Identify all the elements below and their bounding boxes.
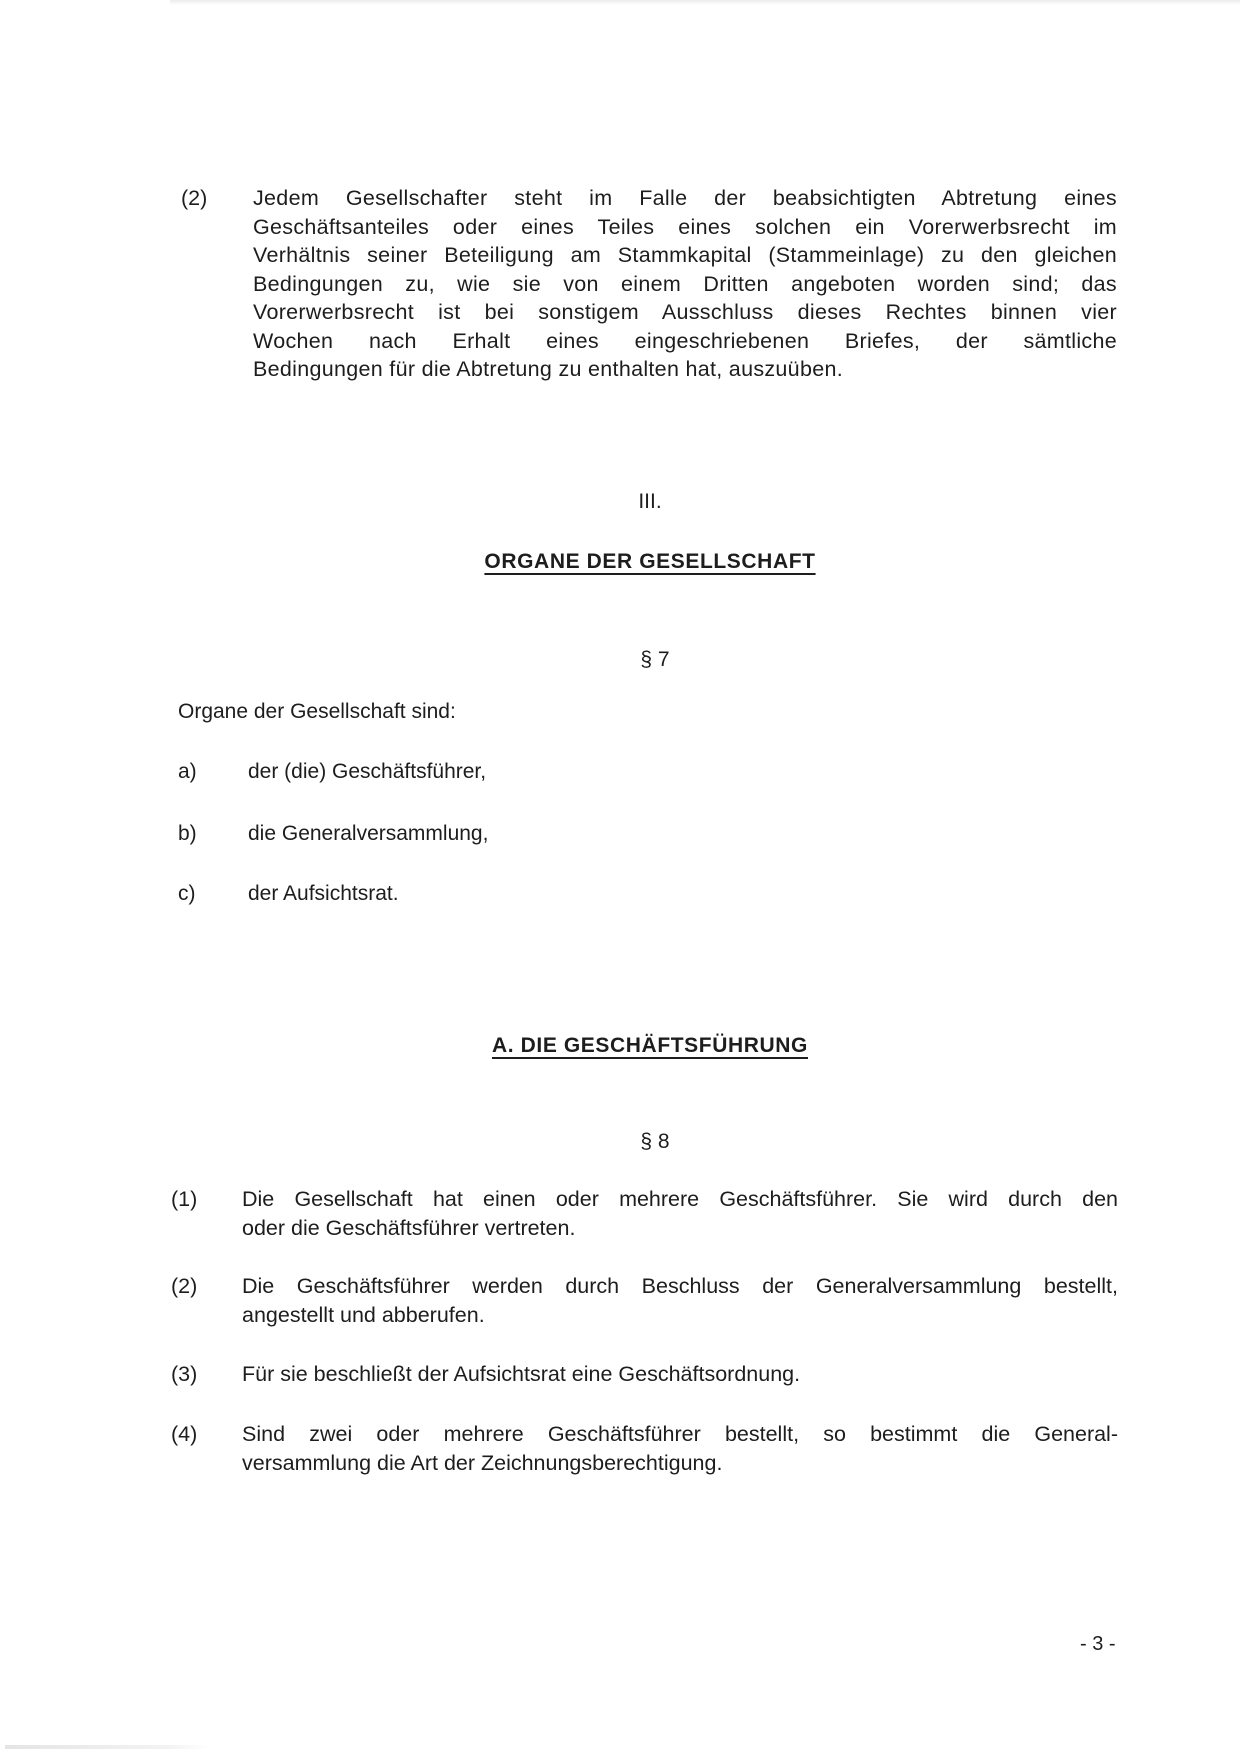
text-line: oder die Geschäftsführer vertreten. [242, 1214, 1118, 1243]
text-line: Die Geschäftsführer werden durch Beschlu… [242, 1272, 1118, 1301]
text-line: Verhältnis seiner Beteiligung am Stammka… [253, 241, 1117, 270]
list-text: der (die) Geschäftsführer, [248, 760, 486, 784]
paragraph-text: Für sie beschließt der Aufsichtsrat eine… [242, 1360, 1118, 1389]
scan-edge-shadow-bottom [5, 1745, 210, 1749]
text-line: Bedingungen für die Abtretung zu enthalt… [253, 355, 1117, 384]
paragraph-number: (2) [171, 1272, 197, 1301]
paragraph-number: (3) [171, 1360, 197, 1389]
paragraph-text: Jedem Gesellschafter steht im Falle der … [253, 184, 1117, 384]
text-line: Für sie beschließt der Aufsichtsrat eine… [242, 1360, 1118, 1389]
text-line: Geschäftsanteiles oder eines Teiles eine… [253, 213, 1117, 242]
text-line: Wochen nach Erhalt eines eingeschriebene… [253, 327, 1117, 356]
text-line: Bedingungen zu, wie sie von einem Dritte… [253, 270, 1117, 299]
section-8-symbol: § 8 [0, 1130, 1240, 1154]
list-label: c) [178, 882, 196, 906]
part-number: III. [0, 490, 1240, 514]
paragraph-number: (4) [171, 1420, 197, 1449]
text-line: versammlung die Art der Zeichnungsberech… [242, 1449, 1118, 1478]
list-label: b) [178, 822, 197, 846]
scan-edge-shadow-top [170, 0, 1240, 5]
section-7-symbol: § 7 [0, 648, 1240, 672]
subheading-management: A. DIE GESCHÄFTSFÜHRUNG [0, 1034, 1240, 1058]
text-line: Jedem Gesellschafter steht im Falle der … [253, 184, 1117, 213]
text-line: Die Gesellschaft hat einen oder mehrere … [242, 1185, 1118, 1214]
part-heading: ORGANE DER GESELLSCHAFT [0, 550, 1240, 574]
paragraph-number: (1) [171, 1185, 197, 1214]
list-text: der Aufsichtsrat. [248, 882, 399, 906]
section-7-intro: Organe der Gesellschaft sind: [178, 700, 456, 724]
list-text: die Generalversammlung, [248, 822, 488, 846]
text-line: Sind zwei oder mehrere Geschäftsführer b… [242, 1420, 1118, 1449]
text-line: angestellt und abberufen. [242, 1301, 1118, 1330]
paragraph-text: Die Gesellschaft hat einen oder mehrere … [242, 1185, 1118, 1242]
paragraph-number: (2) [181, 184, 207, 213]
text-line: Vorerwerbsrecht ist bei sonstigem Aussch… [253, 298, 1117, 327]
page-number: - 3 - [1080, 1633, 1116, 1656]
paragraph-text: Die Geschäftsführer werden durch Beschlu… [242, 1272, 1118, 1329]
paragraph-text: Sind zwei oder mehrere Geschäftsführer b… [242, 1420, 1118, 1477]
list-label: a) [178, 760, 197, 784]
